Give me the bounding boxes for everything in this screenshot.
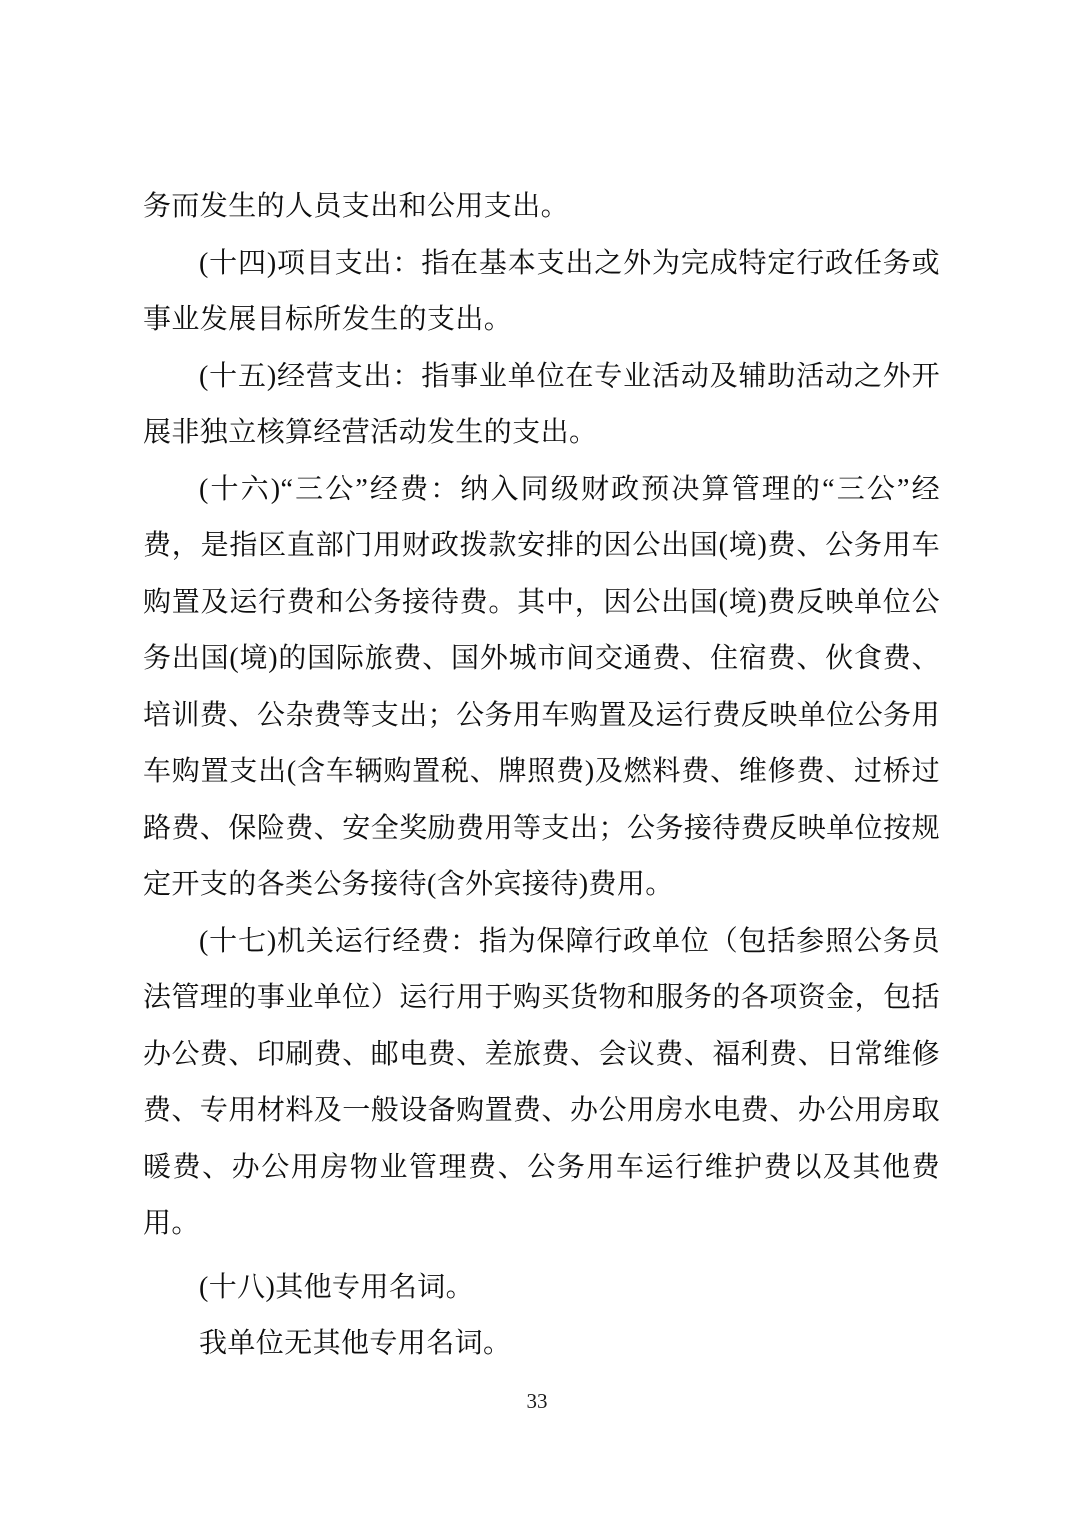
paragraph-continuation: 务而发生的人员支出和公用支出。 <box>143 179 940 236</box>
page-number: 33 <box>0 1386 1074 1416</box>
document-body: 务而发生的人员支出和公用支出。 (十四)项目支出：指在基本支出之外为完成特定行政… <box>143 179 940 1373</box>
paragraph-closing-statement: 我单位无其他专用名词。 <box>143 1316 940 1373</box>
document-page: 务而发生的人员支出和公用支出。 (十四)项目支出：指在基本支出之外为完成特定行政… <box>0 0 1074 1520</box>
paragraph-item-17-agency-operating-funds: (十七)机关运行经费：指为保障行政单位（包括参照公务员法管理的事业单位）运行用于… <box>143 914 940 1253</box>
paragraph-item-14-project-expenditure: (十四)项目支出：指在基本支出之外为完成特定行政任务或事业发展目标所发生的支出。 <box>143 236 940 349</box>
paragraph-item-18-other-terms: (十八)其他专用名词。 <box>143 1260 940 1317</box>
paragraph-item-16-three-public-funds: (十六)“三公”经费：纳入同级财政预决算管理的“三公”经费，是指区直部门用财政拨… <box>143 462 940 914</box>
paragraph-item-15-operating-expenditure: (十五)经营支出：指事业单位在专业活动及辅助活动之外开展非独立核算经营活动发生的… <box>143 349 940 462</box>
